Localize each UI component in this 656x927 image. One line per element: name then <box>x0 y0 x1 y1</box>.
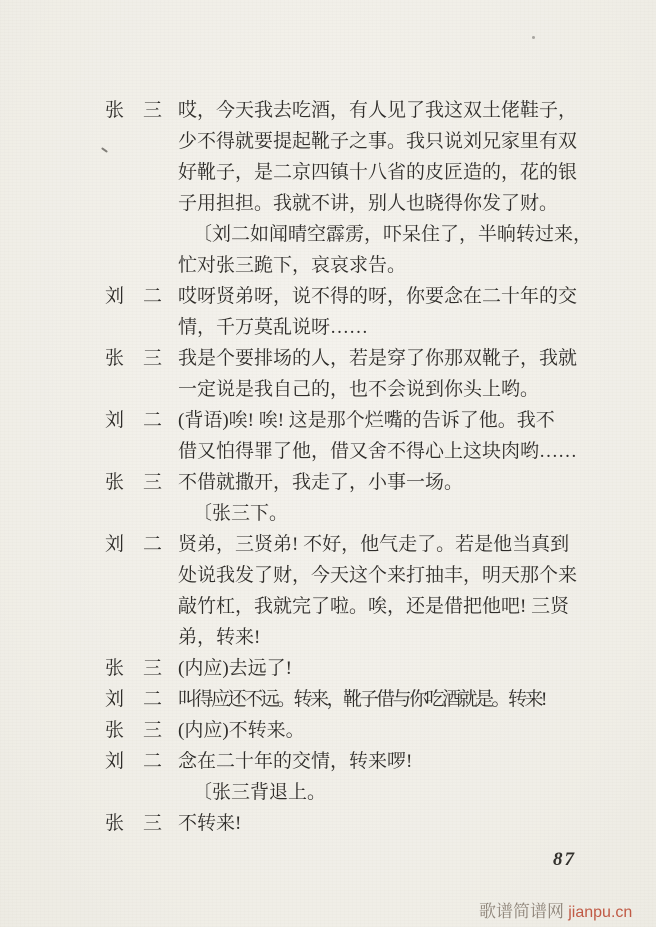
stage-direction-line: 〔张三背退上。 <box>105 777 625 808</box>
line-text: 哎，今天我去吃酒，有人见了我这双土佬鞋子， <box>178 100 577 121</box>
script-line: 好靴子，是二京四镇十八省的皮匠造的，花的银 <box>105 157 625 188</box>
scanned-script-page: { "page": { "number": "87", "watermark":… <box>0 0 656 927</box>
line-text: 叫得应还不远。转来，靴子借与你吃酒就是。转来! <box>178 689 545 710</box>
script-line: 张 三不转来! <box>105 808 625 839</box>
line-text: 一定说是我自己的，也不会说到你头上哟。 <box>178 374 539 405</box>
page-number: 87 <box>553 849 576 871</box>
speaker-label: 刘 二 <box>105 405 178 436</box>
line-text: 哎呀贤弟呀，说不得的呀，你要念在二十年的交 <box>178 286 577 307</box>
stage-direction-line: 〔张三下。 <box>105 498 625 529</box>
script-line: 处说我发了财，今天这个来打抽丰，明天那个来 <box>105 560 625 591</box>
script-line: 张 三哎，今天我去吃酒，有人见了我这双土佬鞋子， <box>105 95 625 126</box>
script-line: 敲竹杠，我就完了啦。唉，还是借把他吧! 三贤 <box>105 591 625 622</box>
script-line: 张 三我是个要排场的人，若是穿了你那双靴子，我就 <box>105 343 625 374</box>
script-line: 刘 二哎呀贤弟呀，说不得的呀，你要念在二十年的交 <box>105 281 625 312</box>
line-text: 借又怕得罪了他，借又舍不得心上这块肉哟…… <box>178 436 577 467</box>
script-line: 少不得就要提起靴子之事。我只说刘兄家里有双 <box>105 126 625 157</box>
line-text: (内应)不转来。 <box>178 720 305 741</box>
speaker-label: 张 三 <box>105 715 178 746</box>
speaker-label: 刘 二 <box>105 281 178 312</box>
script-line: 刘 二念在二十年的交情，转来啰! <box>105 746 625 777</box>
watermark-site-url: jianpu.cn <box>568 904 632 921</box>
script-line: 张 三(内应)去远了! <box>105 653 625 684</box>
line-text: 好靴子，是二京四镇十八省的皮匠造的，花的银 <box>178 157 577 188</box>
line-text: 少不得就要提起靴子之事。我只说刘兄家里有双 <box>178 126 577 157</box>
speaker-label: 张 三 <box>105 653 178 684</box>
script-line: 刘 二(背语)唉! 唉! 这是那个烂嘴的告诉了他。我不 <box>105 405 625 436</box>
script-line: 一定说是我自己的，也不会说到你头上哟。 <box>105 374 625 405</box>
watermark: 歌谱简谱网 jianpu.cn <box>479 897 632 922</box>
script-line: 子用担担。我就不讲，别人也晓得你发了财。 <box>105 188 625 219</box>
line-text: 不借就撒开，我走了，小事一场。 <box>178 472 463 493</box>
line-text: 弟，转来! <box>178 622 260 653</box>
watermark-site-name: 歌谱简谱网 <box>479 902 564 921</box>
speaker-label: 张 三 <box>105 467 178 498</box>
line-text: (内应)去远了! <box>178 658 292 679</box>
speaker-label: 张 三 <box>105 808 178 839</box>
script-line: 刘 二贤弟，三贤弟! 不好，他气走了。若是他当真到 <box>105 529 625 560</box>
line-text: 念在二十年的交情，转来啰! <box>178 751 412 772</box>
script-text-block: 张 三哎，今天我去吃酒，有人见了我这双土佬鞋子， 少不得就要提起靴子之事。我只说… <box>105 95 625 839</box>
line-text: 我是个要排场的人，若是穿了你那双靴子，我就 <box>178 348 577 369</box>
script-line: 借又怕得罪了他，借又舍不得心上这块肉哟…… <box>105 436 625 467</box>
line-text: 忙对张三跪下，哀哀求告。 <box>178 250 406 281</box>
print-speck <box>532 36 535 39</box>
script-line: 张 三(内应)不转来。 <box>105 715 625 746</box>
line-text: 不转来! <box>178 813 241 834</box>
line-text: 〔刘二如闻晴空霹雳，吓呆住了，半晌转过来， <box>193 219 592 250</box>
line-text: (背语)唉! 唉! 这是那个烂嘴的告诉了他。我不 <box>178 410 555 431</box>
script-line: 弟，转来! <box>105 622 625 653</box>
line-text: 处说我发了财，今天这个来打抽丰，明天那个来 <box>178 560 577 591</box>
line-text: 情，千万莫乱说呀…… <box>178 312 368 343</box>
script-line: 张 三不借就撒开，我走了，小事一场。 <box>105 467 625 498</box>
speaker-label: 刘 二 <box>105 684 178 715</box>
line-text: 〔张三下。 <box>193 498 288 529</box>
speaker-label: 刘 二 <box>105 529 178 560</box>
stage-direction-line: 忙对张三跪下，哀哀求告。 <box>105 250 625 281</box>
line-text: 子用担担。我就不讲，别人也晓得你发了财。 <box>178 188 558 219</box>
speaker-label: 刘 二 <box>105 746 178 777</box>
speaker-label: 张 三 <box>105 95 178 126</box>
script-line: 情，千万莫乱说呀…… <box>105 312 625 343</box>
line-text: 〔张三背退上。 <box>193 777 326 808</box>
line-text: 贤弟，三贤弟! 不好，他气走了。若是他当真到 <box>178 534 569 555</box>
stage-direction-line: 〔刘二如闻晴空霹雳，吓呆住了，半晌转过来， <box>105 219 625 250</box>
line-text: 敲竹杠，我就完了啦。唉，还是借把他吧! 三贤 <box>178 591 569 622</box>
speaker-label: 张 三 <box>105 343 178 374</box>
script-line: 刘 二叫得应还不远。转来，靴子借与你吃酒就是。转来! <box>105 684 625 715</box>
